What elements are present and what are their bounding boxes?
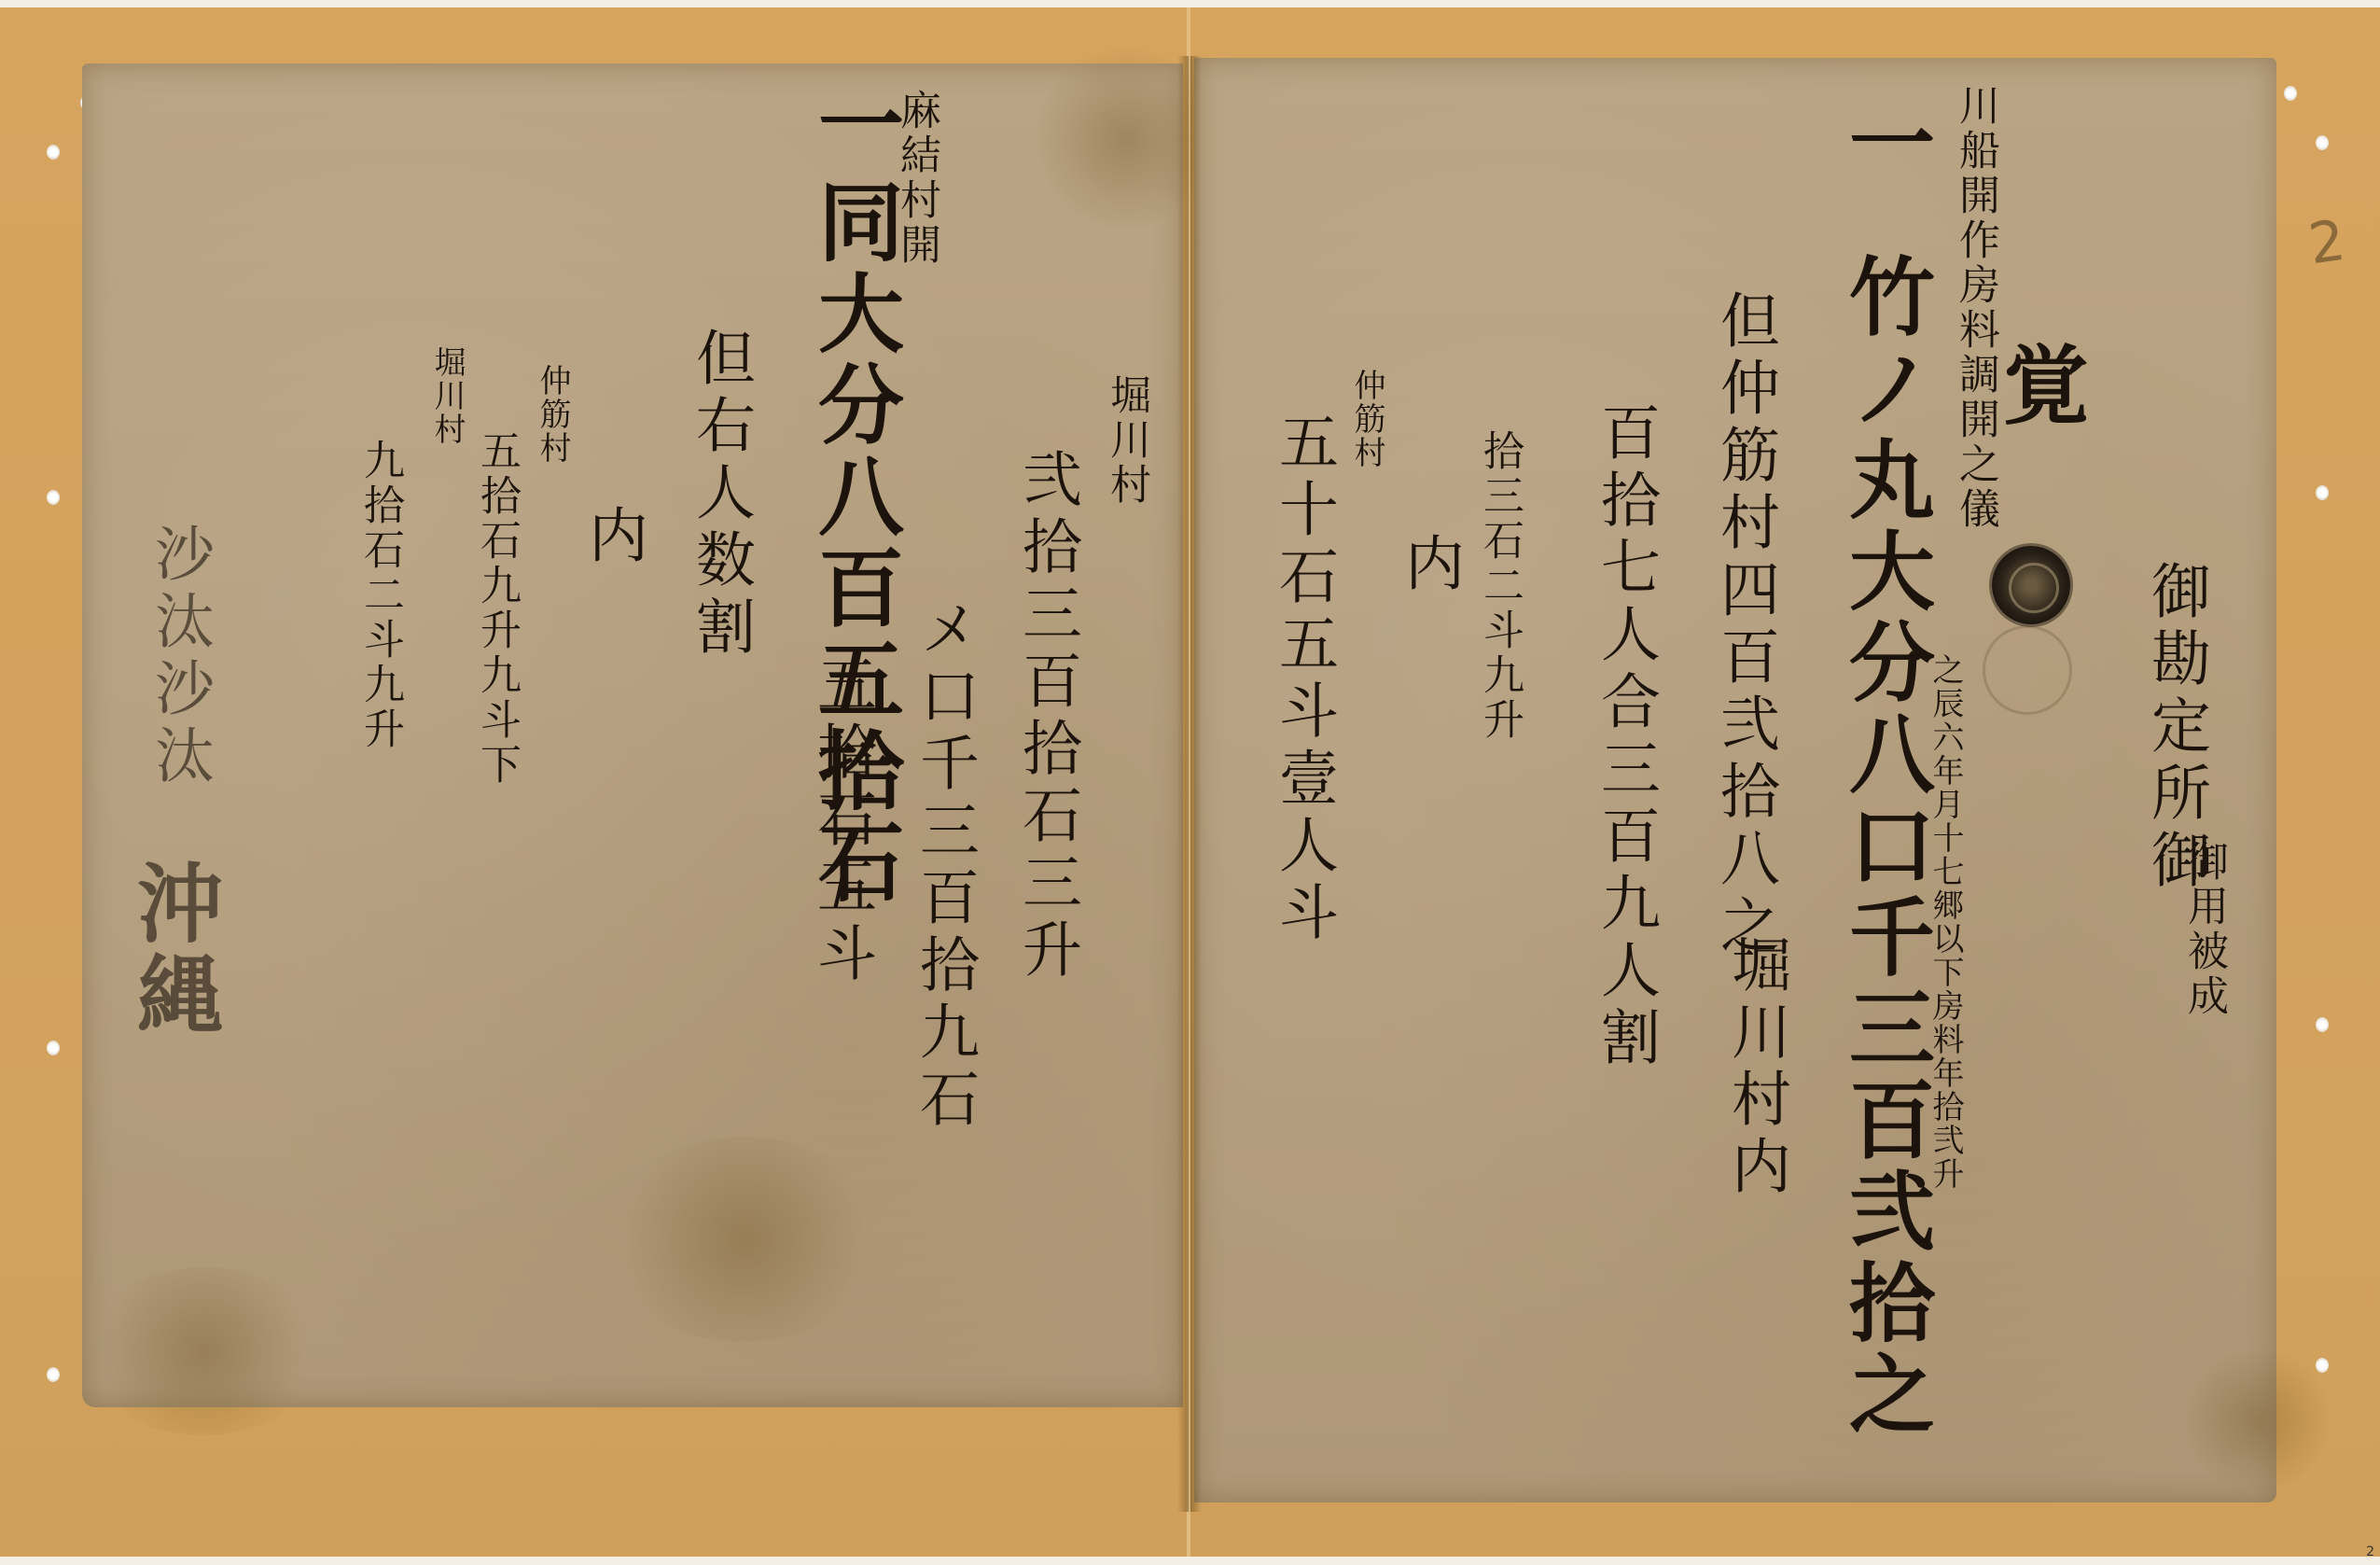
water-stain [605,1137,884,1342]
body-line: 五拾石五斗 [812,653,871,989]
title: 覚 [1997,341,2082,432]
interlinear-note: 之辰六年月十七郷以下房料年拾弐升 [1929,653,1961,1191]
sub-label: 堀川村 [431,345,463,446]
body-line: 拾三石二斗九升 [1479,429,1520,743]
body-line: 九拾石二斗九升 [359,439,400,752]
body-line: 但右人数割 [690,327,750,663]
punch-hole [2316,135,2329,150]
item-body: 竹ノ丸大分八口千三百弐拾之 [1843,252,1928,1441]
sub-label: 仲筋村 [1351,369,1383,469]
seal-ghost-impression [1983,625,2072,715]
item-head: 一 [1843,98,1928,189]
body-line: 但仲筋村四百弐拾八之 [1715,289,1775,961]
signature: 沙汰沙汰 [149,523,209,791]
body-line: 百拾七人合三百九人割 [1595,401,1655,1073]
punch-hole [2316,1358,2329,1373]
center-fold [1177,56,1202,1512]
signature: 沖縄 [131,859,216,1041]
punch-hole [47,490,60,505]
sub-head: 内 [583,504,643,571]
punch-hole [2316,485,2329,500]
sub-label: 仲筋村 [536,364,568,465]
body-line: 堀川村内 [1726,933,1786,1202]
scan-page-number: 2 [2366,1544,2374,1559]
sub-head: 内 [1399,532,1459,599]
item-head: 一 [812,79,898,171]
water-stain [2183,1346,2332,1495]
punch-hole [47,1367,60,1382]
body-line: 弐拾三百拾石三升 [1017,448,1077,985]
body-line: 五十石五斗壹人斗 [1274,411,1333,948]
punch-hole [47,145,60,160]
seal-stamp [1992,546,2070,624]
water-stain [82,1267,325,1435]
punch-hole [47,1041,60,1055]
address-line: 御用被成 [2183,840,2224,1019]
punch-hole [2284,86,2297,101]
punch-hole [2316,1017,2329,1032]
body-line: 五拾石九升九斗下 [476,429,517,788]
header-note: 川船開作房料調開之儀 [1955,84,1996,532]
body-line: メ口千三百拾九石 [914,597,974,1135]
body-line: 堀川村 [1106,373,1147,508]
